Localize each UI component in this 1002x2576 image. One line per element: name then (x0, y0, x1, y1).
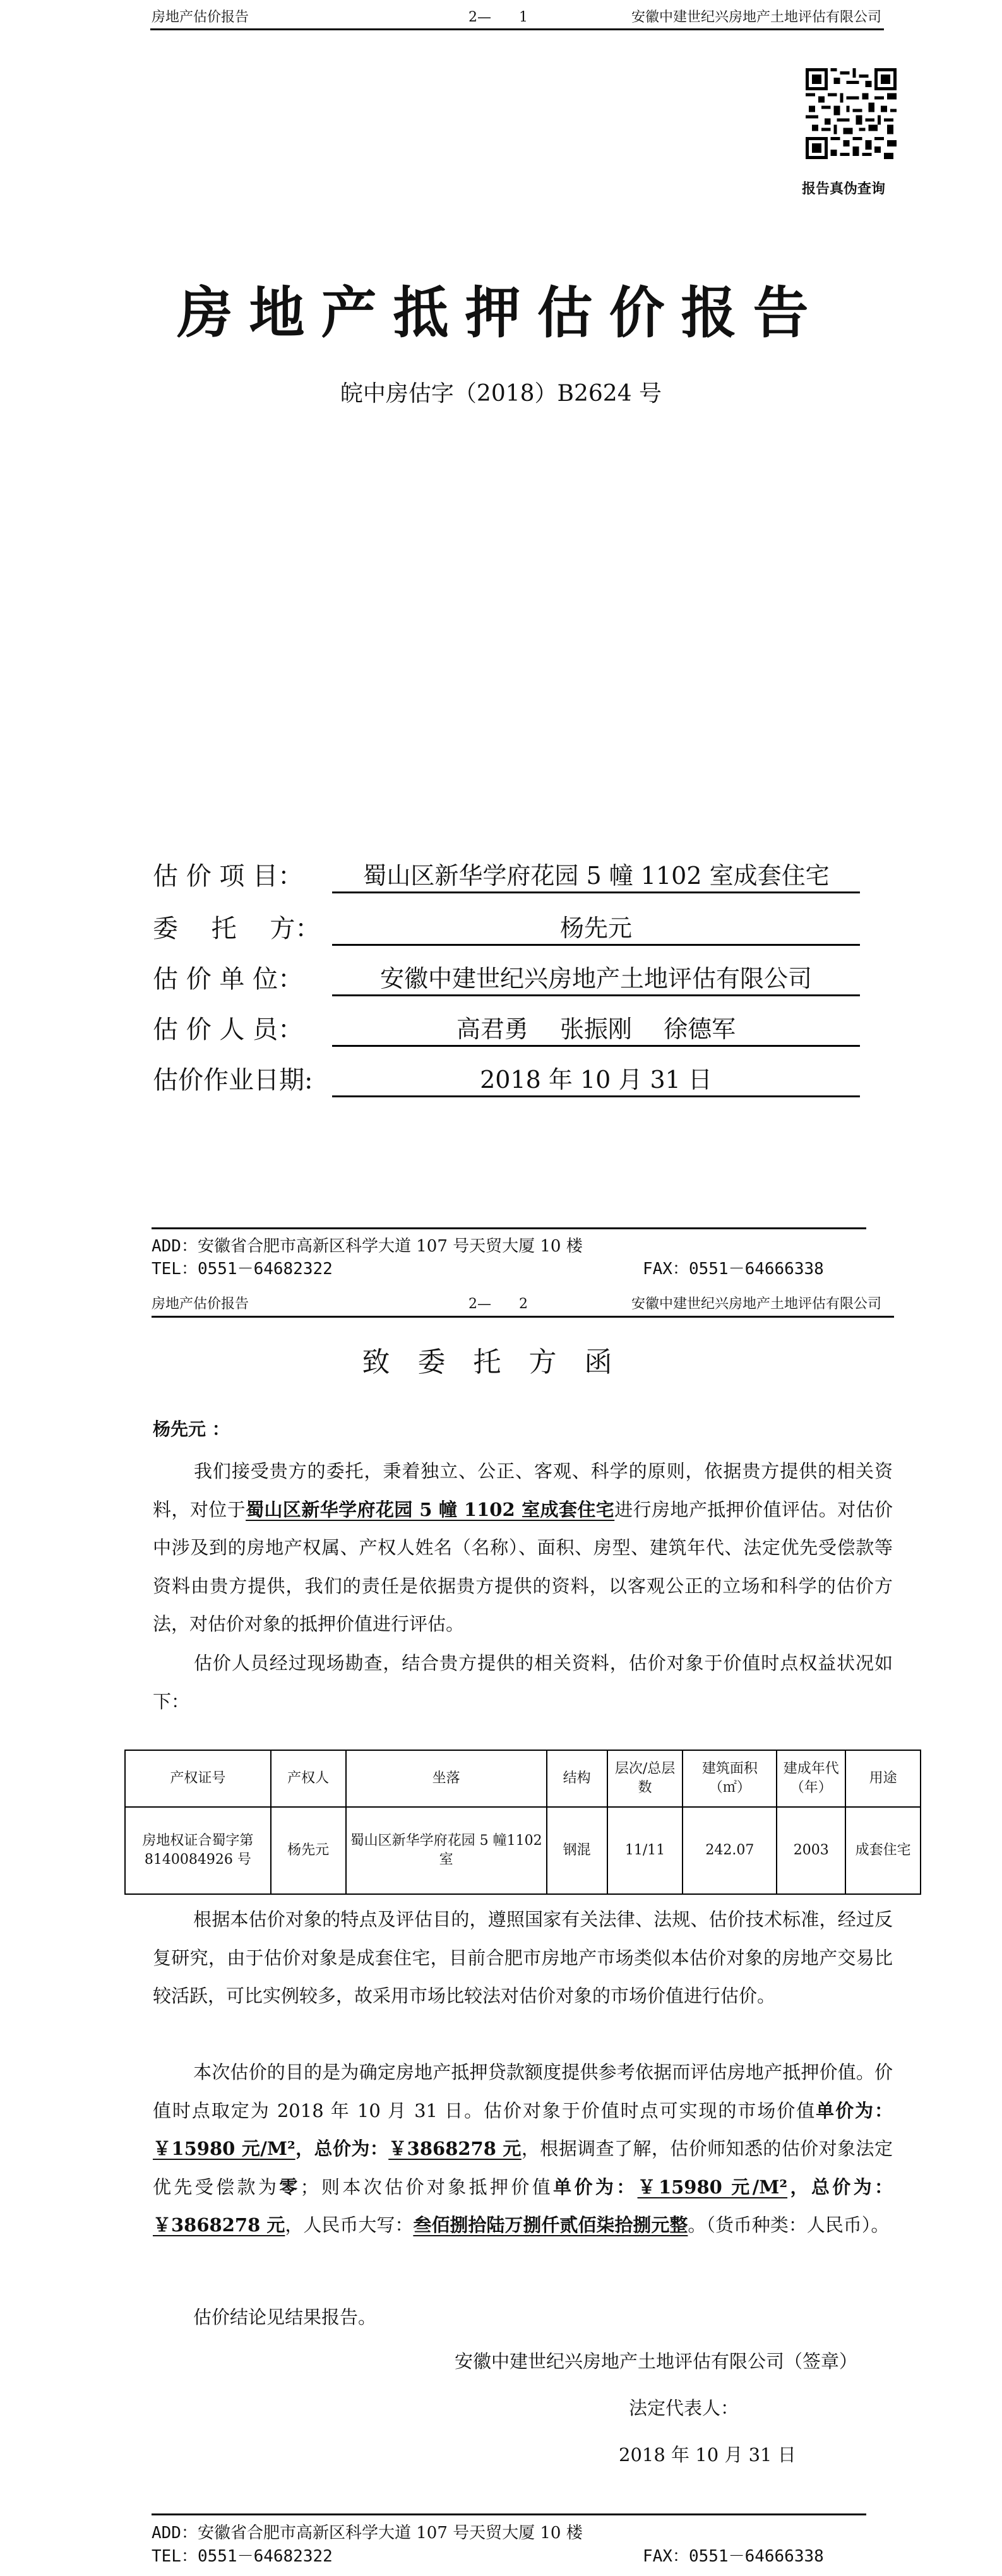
cell-area: 242.07 (683, 1807, 777, 1894)
field-client: 委 托 方： 杨先元 (153, 912, 860, 945)
field-value: 蜀山区新华学府花园 5 幢 1102 室成套住宅 (332, 860, 860, 893)
cell-location: 蜀山区新华学府花园 5 幢1102 室 (346, 1807, 547, 1894)
field-label: 估 价 单 位： (153, 963, 303, 996)
footer-address-text: 安徽省合肥市高新区科学大道 107 号天贸大厦 10 楼 (198, 2524, 583, 2543)
letter-paragraph-4: 本次估价的目的是为确定房地产抵押贷款额度提供参考依据而评估房地产抵押价值。价值时… (153, 2053, 893, 2245)
p4-text-c: ；则本次估价对象抵押价值 (301, 2176, 553, 2198)
p4-text-d: ，人民币大写： (285, 2214, 413, 2236)
field-appraisal-company: 估 价 单 位： 安徽中建世纪兴房地产土地评估有限公司 (153, 963, 860, 996)
table-header-row: 产权证号 产权人 坐落 结构 层次/总层数 建筑面积（㎡） 建成年代（年） 用途 (125, 1750, 921, 1807)
footer-address: ADD：安徽省合肥市高新区科学大道 107 号天贸大厦 10 楼 (152, 1236, 583, 1256)
field-value: 高君勇 张振刚 徐德军 (332, 1013, 860, 1047)
col-floor: 层次/总层数 (607, 1750, 683, 1807)
cell-owner: 杨先元 (271, 1807, 346, 1894)
property-rights-table: 产权证号 产权人 坐落 结构 层次/总层数 建筑面积（㎡） 建成年代（年） 用途… (124, 1750, 921, 1895)
footer-tel: TEL：0551－64682322 (152, 1259, 333, 1279)
unit-price-label: 单价为： (816, 2100, 893, 2121)
cell-cert-no: 房地权证合蜀字第8140084926 号 (125, 1807, 271, 1894)
table-row: 房地权证合蜀字第8140084926 号 杨先元 蜀山区新华学府花园 5 幢11… (125, 1807, 921, 1894)
cell-floor: 11/11 (607, 1807, 683, 1894)
header-rule (152, 1316, 894, 1318)
footer-tel: TEL：0551－64682322 (152, 2546, 333, 2567)
field-appraisal-date: 估价作业日期: 2018 年 10 月 31 日 (153, 1064, 860, 1097)
amount-in-words: 叁佰捌拾陆万捌仟贰佰柒拾捌元整 (413, 2214, 688, 2236)
col-area: 建筑面积（㎡） (683, 1750, 777, 1807)
letter-salutation: 杨先元 ： (153, 1418, 230, 1441)
field-appraisal-project: 估 价 项 目： 蜀山区新华学府花园 5 幢 1102 室成套住宅 (153, 860, 860, 893)
mortgage-unit-price-label: 单价为： (553, 2176, 638, 2198)
footer-add-label: ADD： (152, 2524, 198, 2543)
market-total-price: ￥3868278 元 (388, 2138, 522, 2159)
p1-property-address: 蜀山区新华学府花园 5 幢 1102 室成套住宅 (246, 1499, 614, 1520)
priority-claim-value: 零 (279, 2176, 300, 2198)
header-left-title: 房地产估价报告 (152, 1296, 249, 1313)
footer-fax: FAX：0551－64666338 (643, 2546, 824, 2567)
footer-add-label: ADD： (152, 1237, 198, 1256)
mortgage-total-price: ￥3868278 元 (153, 2214, 285, 2236)
p2-text: 估价人员经过现场勘查，结合贵方提供的相关资料，估价对象于价值时点权益状况如下： (153, 1652, 893, 1712)
letter-paragraph-5: 估价结论见结果报告。 (153, 2298, 893, 2337)
p4-text-a: 本次估价的目的是为确定房地产抵押贷款额度提供参考依据而评估房地产抵押价值。价值时… (153, 2061, 893, 2121)
field-value: 杨先元 (332, 912, 860, 946)
field-appraisers: 估 价 人 员： 高君勇 张振刚 徐德军 (153, 1013, 860, 1046)
header-left-title: 房地产估价报告 (152, 9, 249, 27)
col-year: 建成年代（年） (777, 1750, 845, 1807)
qr-code-icon[interactable] (806, 68, 897, 159)
total-price-label: ，总价为： (295, 2138, 389, 2159)
p5-text: 估价结论见结果报告。 (193, 2306, 376, 2328)
footer-fax: FAX：0551－64666338 (643, 1259, 824, 1279)
p3-text: 根据本估价对象的特点及评估目的，遵照国家有关法律、法规、估价技术标准，经过反复研… (153, 1909, 893, 2007)
report-title: 房地产抵押估价报告 (0, 278, 1002, 347)
field-label: 估 价 项 目： (153, 860, 303, 893)
field-value: 2018 年 10 月 31 日 (332, 1064, 860, 1097)
p4-text-e: 。（货币种类：人民币）。 (688, 2214, 889, 2236)
header-page-number: 2— 1 (468, 9, 528, 27)
header-company: 安徽中建世纪兴房地产土地评估有限公司 (631, 1296, 881, 1313)
header-company: 安徽中建世纪兴房地产土地评估有限公司 (631, 9, 881, 27)
report-number: 皖中房估字（2018）B2624 号 (0, 380, 1002, 408)
footer-rule (152, 1227, 866, 1229)
letter-title: 致委托方函 (0, 1345, 1002, 1380)
field-label: 估 价 人 员： (153, 1013, 303, 1046)
col-cert-no: 产权证号 (125, 1750, 271, 1807)
cell-year: 2003 (777, 1807, 845, 1894)
mortgage-total-price-label: ，总价为： (787, 2176, 893, 2198)
field-label: 估价作业日期: (153, 1064, 313, 1097)
signature-date: 2018 年 10 月 31 日 (619, 2443, 796, 2466)
field-label: 委 托 方： (153, 912, 320, 945)
cell-usage: 成套住宅 (845, 1807, 921, 1894)
col-owner: 产权人 (271, 1750, 346, 1807)
mortgage-unit-price: ￥15980 元/M² (638, 2176, 788, 2198)
footer-address: ADD：安徽省合肥市高新区科学大道 107 号天贸大厦 10 楼 (152, 2523, 583, 2543)
header-page-number: 2— 2 (468, 1296, 528, 1313)
market-unit-price: ￥15980 元/M² (153, 2138, 295, 2159)
header-rule (150, 28, 884, 30)
col-usage: 用途 (845, 1750, 921, 1807)
signature-company: 安徽中建世纪兴房地产土地评估有限公司（签章） (455, 2350, 857, 2373)
signature-legal-rep: 法定代表人： (629, 2397, 739, 2419)
field-value: 安徽中建世纪兴房地产土地评估有限公司 (332, 963, 860, 996)
footer-address-text: 安徽省合肥市高新区科学大道 107 号天贸大厦 10 楼 (198, 1237, 583, 1256)
qr-verify-label: 报告真伪查询 (802, 178, 885, 198)
letter-paragraph-2: 估价人员经过现场勘查，结合贵方提供的相关资料，估价对象于价值时点权益状况如下： (153, 1644, 893, 1720)
letter-paragraph-1: 我们接受贵方的委托，秉着独立、公正、客观、科学的原则，依据贵方提供的相关资料，对… (153, 1452, 893, 1643)
footer-rule (152, 2513, 866, 2515)
cell-structure: 钢混 (547, 1807, 607, 1894)
letter-paragraph-3: 根据本估价对象的特点及评估目的，遵照国家有关法律、法规、估价技术标准，经过反复研… (153, 1900, 893, 2015)
col-location: 坐落 (346, 1750, 547, 1807)
col-structure: 结构 (547, 1750, 607, 1807)
